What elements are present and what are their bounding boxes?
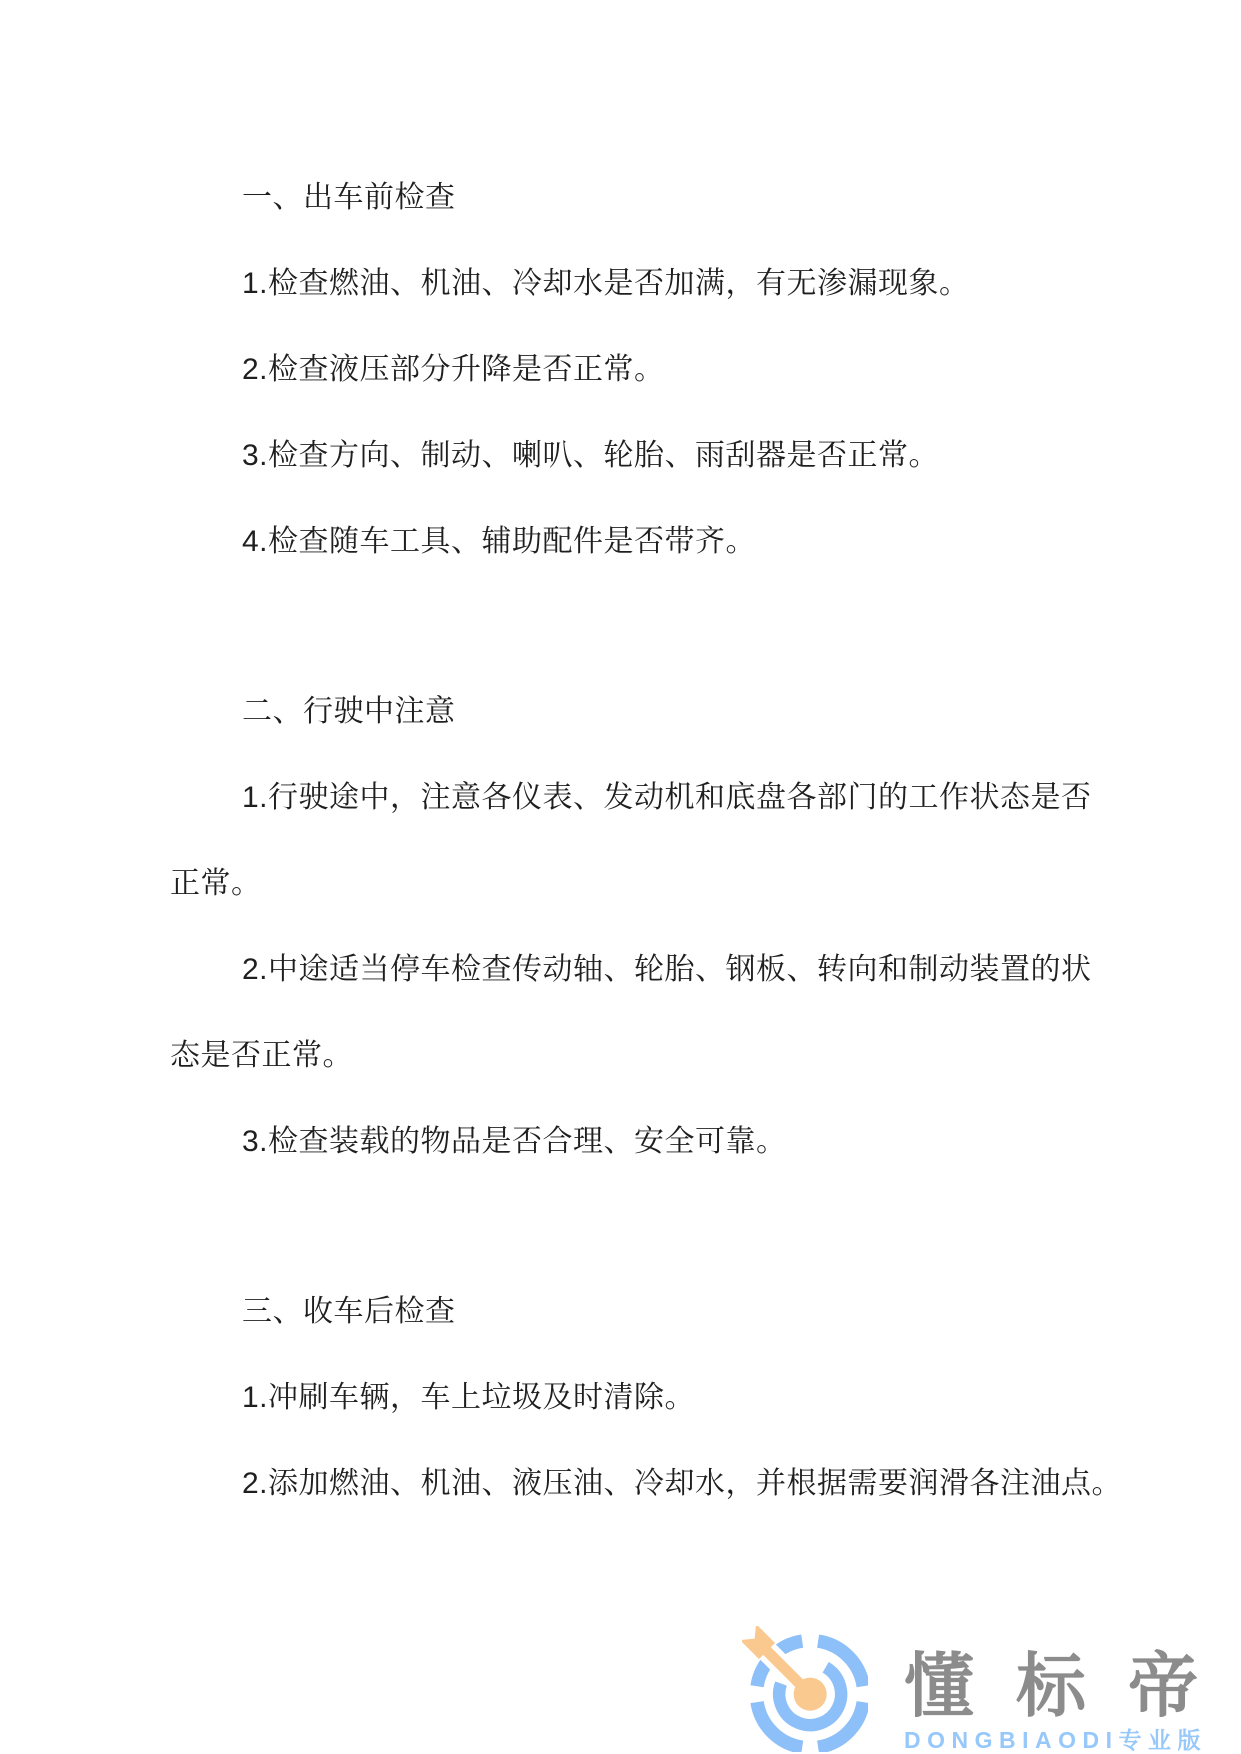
checklist-line: 2.添加燃油、机油、液压油、冷却水，并根据需要润滑各注油点。 bbox=[170, 1466, 1075, 1552]
checklist-line: 4.检查随车工具、辅助配件是否带齐。 bbox=[170, 524, 1075, 610]
section-after-return-check: 三、收车后检查 1.冲刷车辆，车上垃圾及时清除。 2.添加燃油、机油、液压油、冷… bbox=[170, 1294, 1075, 1552]
section-spacer bbox=[170, 1210, 1075, 1294]
section-heading: 二、行驶中注意 bbox=[170, 694, 1075, 780]
section-heading: 一、出车前检查 bbox=[170, 180, 1075, 266]
checklist-line: 1.冲刷车辆，车上垃圾及时清除。 bbox=[170, 1380, 1075, 1466]
target-arrow-icon bbox=[742, 1626, 868, 1752]
checklist-line: 1.行驶途中，注意各仪表、发动机和底盘各部门的工作状态是否 bbox=[170, 780, 1075, 866]
section-heading: 三、收车后检查 bbox=[170, 1294, 1075, 1380]
section-pre-departure-check: 一、出车前检查 1.检查燃油、机油、冷却水是否加满，有无渗漏现象。 2.检查液压… bbox=[170, 180, 1075, 610]
checklist-line: 2.检查液压部分升降是否正常。 bbox=[170, 352, 1075, 438]
brand-name-en: DONGBIAODI专业版 bbox=[904, 1728, 1240, 1752]
checklist-line: 3.检查装载的物品是否合理、安全可靠。 bbox=[170, 1124, 1075, 1210]
checklist-line: 2.中途适当停车检查传动轴、轮胎、钢板、转向和制动装置的状 bbox=[170, 952, 1075, 1038]
document-body: 一、出车前检查 1.检查燃油、机油、冷却水是否加满，有无渗漏现象。 2.检查液压… bbox=[170, 180, 1075, 1552]
checklist-line: 3.检查方向、制动、喇叭、轮胎、雨刮器是否正常。 bbox=[170, 438, 1075, 524]
section-while-driving-notes: 二、行驶中注意 1.行驶途中，注意各仪表、发动机和底盘各部门的工作状态是否 正常… bbox=[170, 694, 1075, 1210]
watermark-text: 懂标帝 DONGBIAODI专业版 bbox=[904, 1651, 1240, 1752]
brand-name-cn: 懂标帝 bbox=[904, 1651, 1240, 1721]
checklist-line-continuation: 态是否正常。 bbox=[170, 1038, 1075, 1124]
section-spacer bbox=[170, 610, 1075, 694]
checklist-line: 1.检查燃油、机油、冷却水是否加满，有无渗漏现象。 bbox=[170, 266, 1075, 352]
checklist-line-continuation: 正常。 bbox=[170, 866, 1075, 952]
watermark-logo: 懂标帝 DONGBIAODI专业版 bbox=[742, 1626, 1240, 1752]
document-page: 一、出车前检查 1.检查燃油、机油、冷却水是否加满，有无渗漏现象。 2.检查液压… bbox=[0, 0, 1241, 1754]
